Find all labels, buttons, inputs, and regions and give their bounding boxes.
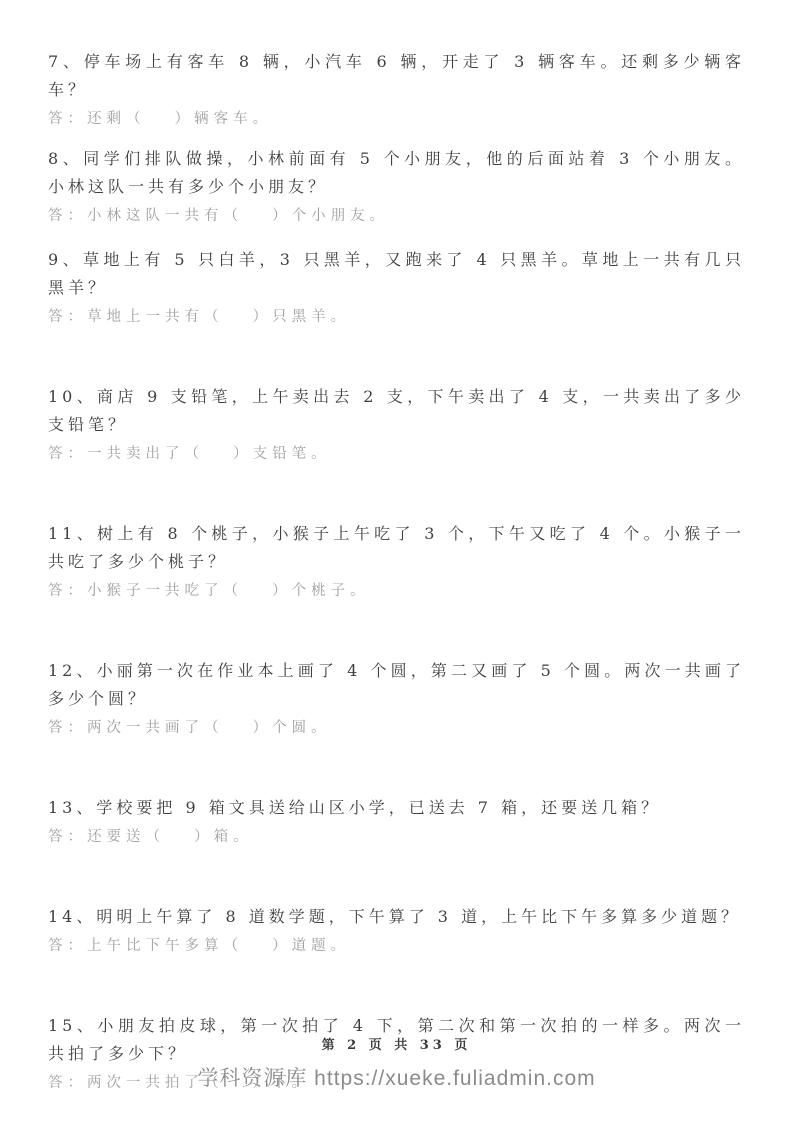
problem-question: 8、同学们排队做操，小林前面有 5 个小朋友，他的后面站着 3 个小朋友。小林这… bbox=[48, 145, 745, 201]
problem-10: 10、商店 9 支铅笔，上午卖出去 2 支，下午卖出了 4 支，一共卖出了多少支… bbox=[48, 383, 745, 468]
problem-question: 10、商店 9 支铅笔，上午卖出去 2 支，下午卖出了 4 支，一共卖出了多少支… bbox=[48, 383, 745, 439]
problem-question: 7、停车场上有客车 8 辆，小汽车 6 辆，开走了 3 辆客车。还剩多少辆客车？ bbox=[48, 48, 745, 104]
worksheet-page: 7、停车场上有客车 8 辆，小汽车 6 辆，开走了 3 辆客车。还剩多少辆客车？… bbox=[0, 0, 793, 1122]
problem-question: 9、草地上有 5 只白羊，3 只黑羊，又跑来了 4 只黑羊。草地上一共有几只黑羊… bbox=[48, 246, 745, 302]
problems-list: 7、停车场上有客车 8 辆，小汽车 6 辆，开走了 3 辆客车。还剩多少辆客车？… bbox=[0, 0, 793, 1097]
problem-question: 14、明明上午算了 8 道数学题，下午算了 3 道，上午比下午多算多少道题？ bbox=[48, 903, 745, 931]
problem-answer-line: 答：还剩（ ）辆客车。 bbox=[48, 106, 745, 133]
page-indicator: 第 2 页 共 33 页 bbox=[0, 1034, 793, 1053]
problem-answer-line: 答：上午比下午多算（ ）道题。 bbox=[48, 933, 745, 960]
problem-question: 13、学校要把 9 箱文具送给山区小学，已送去 7 箱，还要送几箱？ bbox=[48, 794, 745, 822]
problem-answer-line: 答：还要送（ ）箱。 bbox=[48, 824, 745, 851]
problem-question: 12、小丽第一次在作业本上画了 4 个圆，第二又画了 5 个圆。两次一共画了多少… bbox=[48, 657, 745, 713]
problem-11: 11、树上有 8 个桃子，小猴子上午吃了 3 个，下午又吃了 4 个。小猴子一共… bbox=[48, 520, 745, 605]
problem-8: 8、同学们排队做操，小林前面有 5 个小朋友，他的后面站着 3 个小朋友。小林这… bbox=[48, 145, 745, 230]
problem-7: 7、停车场上有客车 8 辆，小汽车 6 辆，开走了 3 辆客车。还剩多少辆客车？… bbox=[48, 48, 745, 133]
problem-12: 12、小丽第一次在作业本上画了 4 个圆，第二又画了 5 个圆。两次一共画了多少… bbox=[48, 657, 745, 742]
problem-14: 14、明明上午算了 8 道数学题，下午算了 3 道，上午比下午多算多少道题？ 答… bbox=[48, 903, 745, 960]
problem-answer-line: 答：两次一共画了（ ）个圆。 bbox=[48, 715, 745, 742]
watermark-text: 学科资源库 https://xueke.fuliadmin.com bbox=[0, 1062, 793, 1092]
page-footer: 第 2 页 共 33 页 学科资源库 https://xueke.fuliadm… bbox=[0, 1034, 793, 1092]
problem-answer-line: 答：小林这队一共有（ ）个小朋友。 bbox=[48, 203, 745, 230]
problem-13: 13、学校要把 9 箱文具送给山区小学，已送去 7 箱，还要送几箱？ 答：还要送… bbox=[48, 794, 745, 851]
problem-answer-line: 答：小猴子一共吃了（ ）个桃子。 bbox=[48, 578, 745, 605]
problem-question: 11、树上有 8 个桃子，小猴子上午吃了 3 个，下午又吃了 4 个。小猴子一共… bbox=[48, 520, 745, 576]
problem-9: 9、草地上有 5 只白羊，3 只黑羊，又跑来了 4 只黑羊。草地上一共有几只黑羊… bbox=[48, 246, 745, 331]
problem-answer-line: 答：一共卖出了（ ）支铅笔。 bbox=[48, 441, 745, 468]
problem-answer-line: 答：草地上一共有（ ）只黑羊。 bbox=[48, 304, 745, 331]
